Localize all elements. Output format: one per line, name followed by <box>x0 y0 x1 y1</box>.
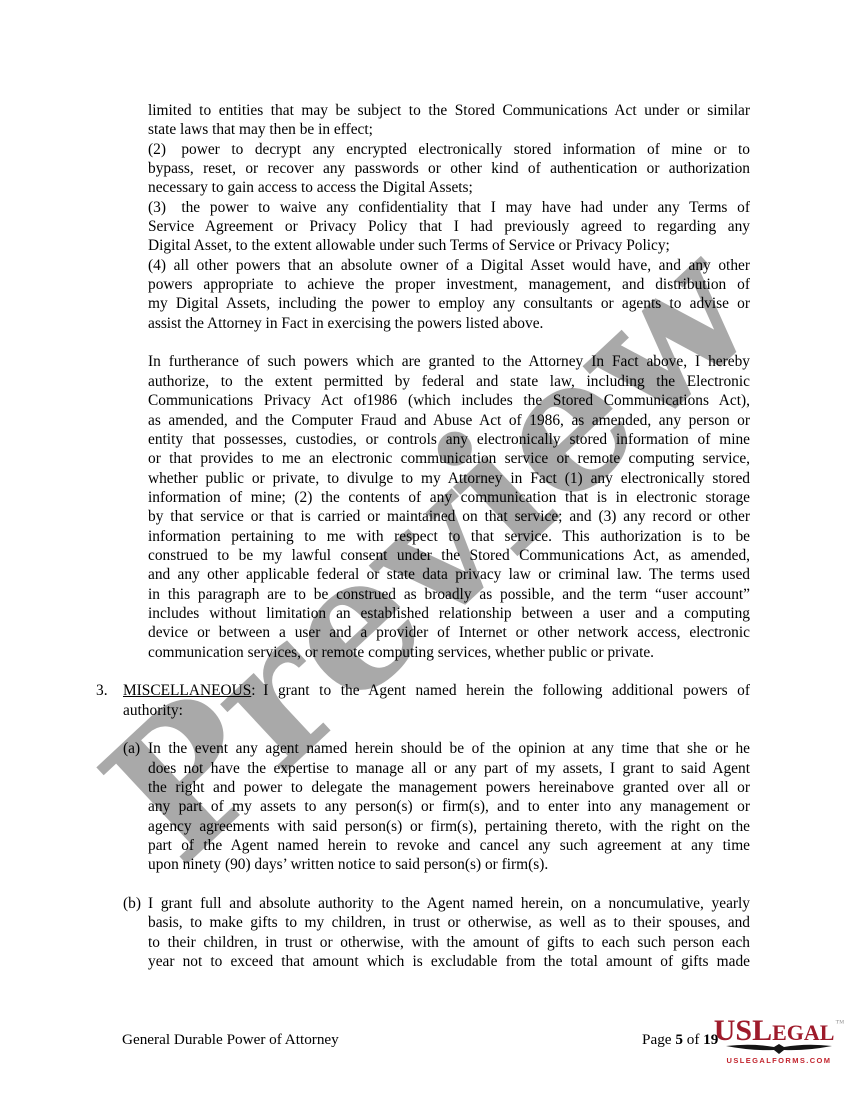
uslegal-logo: USLEGAL™ USLEGALFORMS.COM <box>712 1016 846 1065</box>
text-line: (3) the power to waive any confidentiali… <box>148 198 750 217</box>
logo-part-small: EGAL <box>772 1020 834 1045</box>
text-line: MISCELLANEOUS: I grant to the Agent name… <box>123 681 750 700</box>
text-line: powers appropriate to achieve the proper… <box>148 275 750 294</box>
text-line: authority: <box>123 701 750 720</box>
text-line: upon ninety (90) days’ written notice to… <box>148 855 750 874</box>
text-line: bypass, reset, or recover any passwords … <box>148 159 750 178</box>
text-line: year not to exceed that amount which is … <box>148 952 750 971</box>
list-marker: (a) <box>123 739 140 758</box>
list-marker: 3. <box>96 681 108 700</box>
text-line: (4) all other powers that an absolute ow… <box>148 256 750 275</box>
text-line: my Digital Assets, including the power t… <box>148 294 750 313</box>
paragraph: In furtherance of such powers which are … <box>148 352 750 662</box>
page-indicator: Page 5 of 19 <box>642 1031 718 1049</box>
text-line: I grant full and absolute authority to t… <box>148 894 750 913</box>
text-line: does not have the expertise to manage al… <box>148 759 750 778</box>
text-line: the right and power to delegate the mana… <box>148 778 750 797</box>
paragraph: (3) the power to waive any confidentiali… <box>148 198 750 256</box>
text-line: Service Agreement or Privacy Policy that… <box>148 217 750 236</box>
text-line: information of mine; (2) the contents of… <box>148 488 750 507</box>
text-line: information pertaining to me with respec… <box>148 527 750 546</box>
text-line: whether public or private, to divulge to… <box>148 469 750 488</box>
section-heading: MISCELLANEOUS <box>123 682 251 699</box>
paragraph: (2) power to decrypt any encrypted elect… <box>148 140 750 198</box>
text-line: in this paragraph are to be construed as… <box>148 585 750 604</box>
text-line: communication services, or remote comput… <box>148 643 750 662</box>
list-marker: (b) <box>123 894 141 913</box>
trademark-symbol: ™ <box>835 1018 844 1028</box>
page-number: 5 <box>675 1031 683 1048</box>
text-line: or that provides to me an electronic com… <box>148 449 750 468</box>
text-line: authorize, to the extent permitted by fe… <box>148 372 750 391</box>
footer-document-title: General Durable Power of Attorney <box>122 1031 339 1049</box>
text-line: as amended, and the Computer Fraud and A… <box>148 411 750 430</box>
paragraph: (4) all other powers that an absolute ow… <box>148 256 750 333</box>
text-line: agency agreements with said person(s) or… <box>148 817 750 836</box>
document-body: limited to entities that may be subject … <box>0 101 850 971</box>
text-line: device or between a user and a provider … <box>148 623 750 642</box>
lettered-item: (a)In the event any agent named herein s… <box>148 739 750 874</box>
text-line: In furtherance of such powers which are … <box>148 352 750 371</box>
page-label: Page <box>642 1031 672 1048</box>
document-page: Preview limited to entities that may be … <box>0 0 850 1100</box>
logo-part-large: USL <box>714 1014 772 1047</box>
text-line: limited to entities that may be subject … <box>148 101 750 120</box>
text-line: Digital Asset, to the extent allowable u… <box>148 236 750 255</box>
text-line: includes without limitation an establish… <box>148 604 750 623</box>
text-line: assist the Attorney in Fact in exercisin… <box>148 314 750 333</box>
text-line: basis, to make gifts to my children, in … <box>148 913 750 932</box>
text-line: In the event any agent named herein shou… <box>148 739 750 758</box>
text-line: and any other applicable federal or stat… <box>148 565 750 584</box>
text-line: entity that possesses, custodies, or con… <box>148 430 750 449</box>
page-of-label: of <box>687 1031 700 1048</box>
numbered-item: 3.MISCELLANEOUS: I grant to the Agent na… <box>123 681 750 720</box>
text-line: by that service or that is carried or ma… <box>148 507 750 526</box>
text-line: construed to be my lawful consent under … <box>148 546 750 565</box>
lettered-item: (b)I grant full and absolute authority t… <box>148 894 750 971</box>
logo-site-text: USLEGALFORMS.COM <box>712 1056 846 1065</box>
text-line: to their children, in trust or otherwise… <box>148 933 750 952</box>
text-line: state laws that may then be in effect; <box>148 120 750 139</box>
text-line: part of the Agent named herein to revoke… <box>148 836 750 855</box>
text-line: necessary to gain access to access the D… <box>148 178 750 197</box>
paragraph: limited to entities that may be subject … <box>148 101 750 140</box>
uslegal-logo-text: USLEGAL™ <box>712 1016 846 1046</box>
text-line: any part of my assets to any person(s) o… <box>148 797 750 816</box>
text-line: (2) power to decrypt any encrypted elect… <box>148 140 750 159</box>
text-line: Communications Privacy Act of1986 (which… <box>148 391 750 410</box>
